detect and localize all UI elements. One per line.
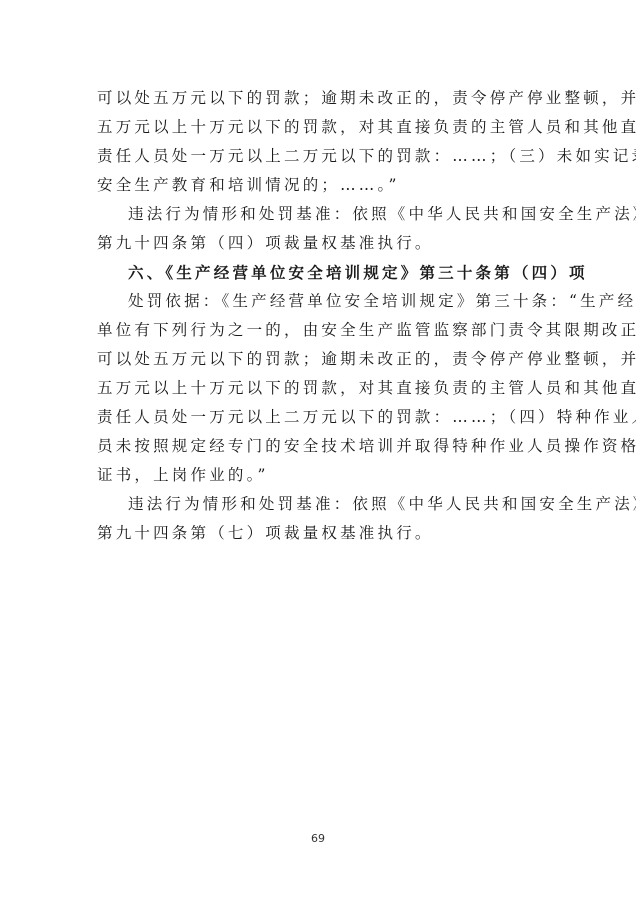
heading-text: 六、《生产经营单位安全培训规定》第三十条第（四）项 bbox=[97, 258, 543, 287]
text-line: 五万元以上十万元以下的罚款，对其直接负责的主管人员和其他直接 bbox=[97, 374, 543, 403]
paragraph-continued: 可以处五万元以下的罚款；逾期未改正的，责令停产停业整顿，并处 五万元以上十万元以… bbox=[97, 84, 543, 200]
page-number: 69 bbox=[0, 832, 636, 845]
paragraph-penalty-basis: 处罚依据：《生产经营单位安全培训规定》第三十条：“生产经营 单位有下列行为之一的… bbox=[97, 287, 543, 490]
text-line: 违法行为情形和处罚基准：依照《中华人民共和国安全生产法》 bbox=[97, 200, 543, 229]
text-line: 证书，上岗作业的。” bbox=[97, 461, 543, 490]
text-line: 违法行为情形和处罚基准：依照《中华人民共和国安全生产法》 bbox=[97, 490, 543, 519]
document-page: 可以处五万元以下的罚款；逾期未改正的，责令停产停业整顿，并处 五万元以上十万元以… bbox=[97, 84, 543, 548]
text-line: 责任人员处一万元以上二万元以下的罚款：……；（四）特种作业人 bbox=[97, 403, 543, 432]
text-line: 五万元以上十万元以下的罚款，对其直接负责的主管人员和其他直接 bbox=[97, 113, 543, 142]
text-line: 责任人员处一万元以上二万元以下的罚款：……；（三）未如实记录 bbox=[97, 142, 543, 171]
text-line: 第九十四条第（四）项裁量权基准执行。 bbox=[97, 229, 543, 258]
text-line: 可以处五万元以下的罚款；逾期未改正的，责令停产停业整顿，并处 bbox=[97, 345, 543, 374]
paragraph-penalty-standard-1: 违法行为情形和处罚基准：依照《中华人民共和国安全生产法》 第九十四条第（四）项裁… bbox=[97, 200, 543, 258]
paragraph-penalty-standard-2: 违法行为情形和处罚基准：依照《中华人民共和国安全生产法》 第九十四条第（七）项裁… bbox=[97, 490, 543, 548]
section-heading: 六、《生产经营单位安全培训规定》第三十条第（四）项 bbox=[97, 258, 543, 287]
text-line: 员未按照规定经专门的安全技术培训并取得特种作业人员操作资格 bbox=[97, 432, 543, 461]
text-line: 处罚依据：《生产经营单位安全培训规定》第三十条：“生产经营 bbox=[97, 287, 543, 316]
text-line: 可以处五万元以下的罚款；逾期未改正的，责令停产停业整顿，并处 bbox=[97, 84, 543, 113]
text-line: 第九十四条第（七）项裁量权基准执行。 bbox=[97, 519, 543, 548]
text-line: 单位有下列行为之一的，由安全生产监管监察部门责令其限期改正， bbox=[97, 316, 543, 345]
text-line: 安全生产教育和培训情况的；……。” bbox=[97, 171, 543, 200]
